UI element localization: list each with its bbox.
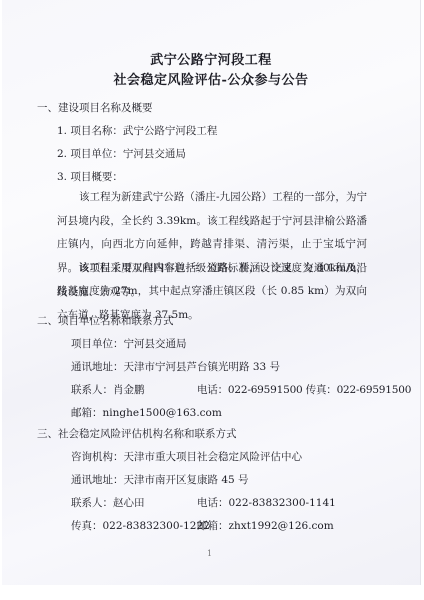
agency-email: 邮箱：zhxt1992@126.com <box>197 519 334 533</box>
project-scope-paragraph: 该项目主要工程内容包括：道路、桥涵、交叉、交通工程及沿线设施、景观等。 <box>57 257 367 304</box>
agency-fax: 传真：022-83832300-1222 <box>71 519 210 533</box>
project-summary-label: 3. 项目概要： <box>57 170 123 184</box>
document-page: 武宁公路宁河段工程 社会稳定风险评估-公众参与公告 一、建设项目名称及概要 1.… <box>2 0 421 585</box>
unit-phone-fax: 电话：022-69591500 传真：022-69591500 <box>197 383 411 397</box>
agency-address: 通讯地址：天津市南开区复康路 45 号 <box>71 473 249 487</box>
unit-contact-person: 联系人：肖金鹏 <box>71 383 145 397</box>
agency-contact-person: 联系人：赵心田 <box>71 496 145 510</box>
project-unit: 项目单位：宁河县交通局 <box>71 337 187 351</box>
section2-heading: 二、项目单位名称和联系方式 <box>37 314 174 328</box>
page-number: 1 <box>207 549 212 558</box>
document-title: 武宁公路宁河段工程 <box>2 49 420 68</box>
section3-heading: 三、社会稳定风险评估机构名称和联系方式 <box>37 427 237 441</box>
project-name-item: 1. 项目名称：武宁公路宁河段工程 <box>57 124 217 138</box>
document-subtitle: 社会稳定风险评估-公众参与公告 <box>2 69 420 88</box>
project-unit-item: 2. 项目单位：宁河县交通局 <box>57 147 186 161</box>
section1-heading: 一、建设项目名称及概要 <box>37 101 153 115</box>
agency-phone: 电话：022-83832300-1141 <box>197 496 336 510</box>
unit-email: 邮箱：ninghe1500@163.com <box>71 406 222 420</box>
agency-name: 咨询机构：天津市重大项目社会稳定风险评估中心 <box>71 450 302 464</box>
unit-address: 通讯地址：天津市宁河县芦台镇光明路 33 号 <box>71 360 280 374</box>
